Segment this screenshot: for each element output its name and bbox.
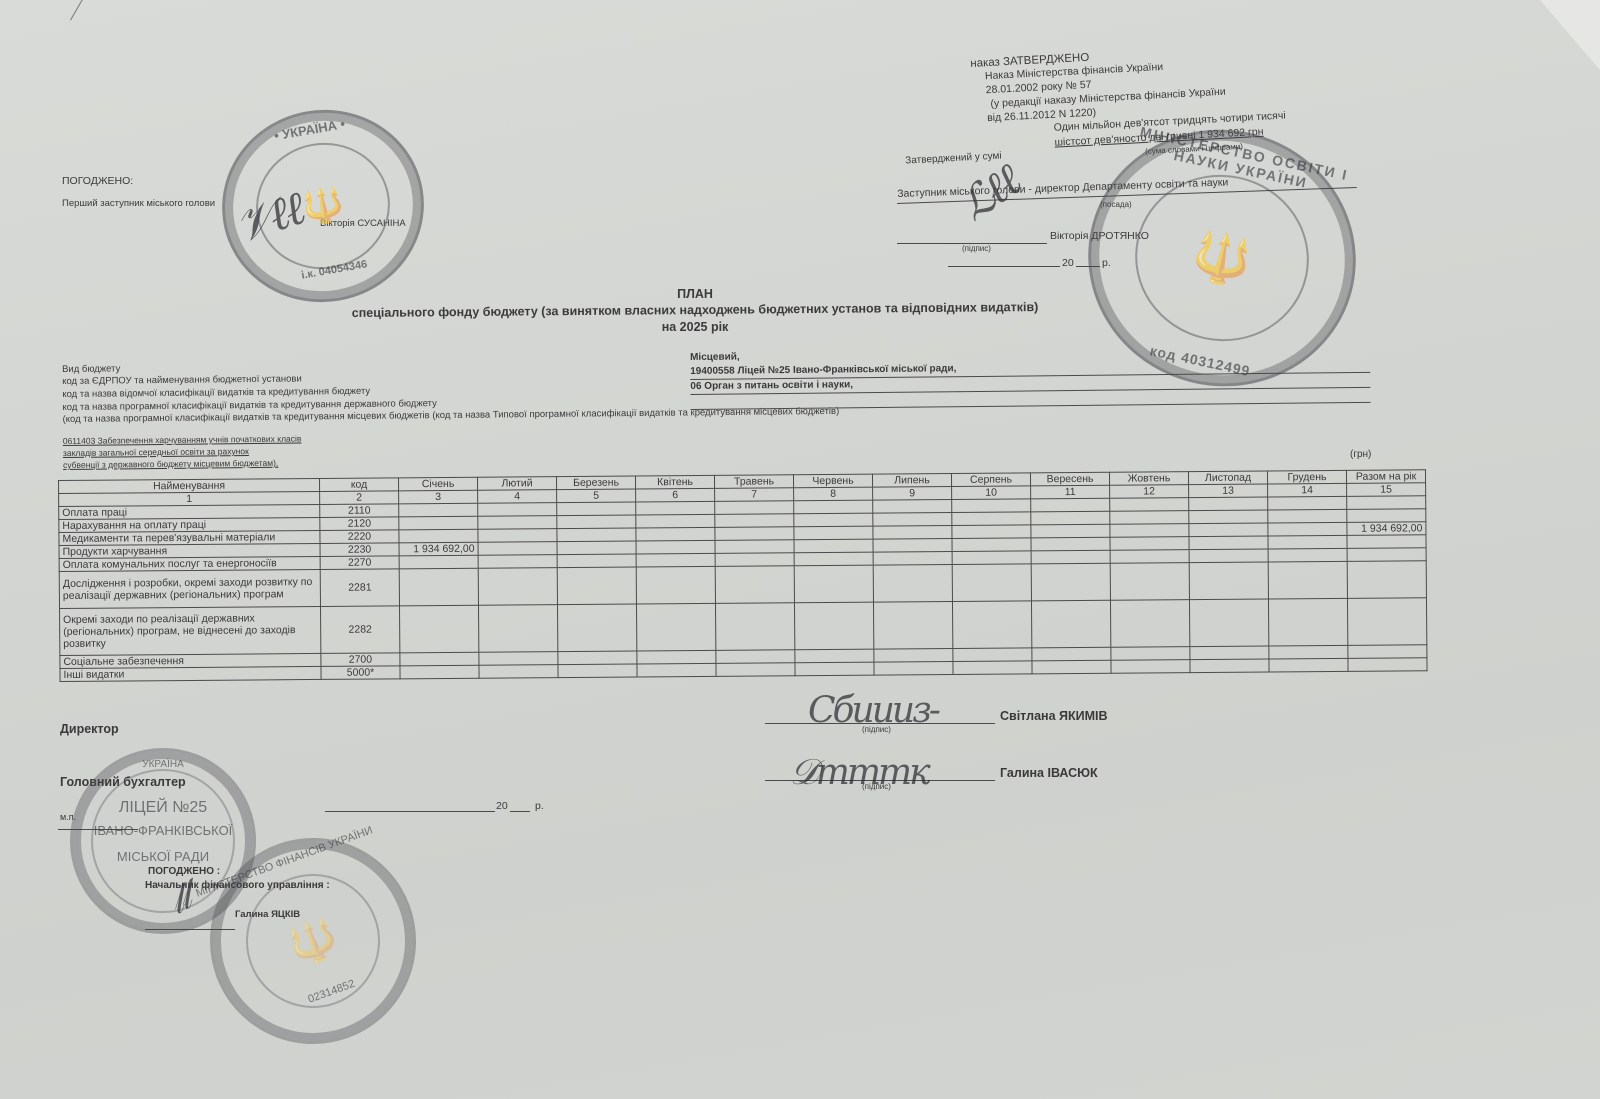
stamp-text: ЛІЦЕЙ №25 (119, 799, 207, 817)
cell-month (558, 664, 637, 678)
cell-month (952, 499, 1031, 513)
trident-icon: 🔱 (299, 183, 348, 230)
cell-month (874, 648, 953, 662)
program-line-3: субвенції з державного бюджету місцевим … (63, 458, 278, 470)
row-name: Дослідження і розробки, окремі заходи ро… (59, 569, 320, 608)
cell-month (1190, 646, 1269, 660)
cell-month (1189, 523, 1268, 537)
accountant-name: Галина ІВАСЮК (1000, 766, 1098, 780)
stamp-text: МІСЬКОЇ РАДИ (117, 849, 209, 864)
cell-month (636, 566, 715, 604)
cell-month (478, 529, 557, 543)
cell-month (952, 538, 1031, 552)
cell-month (1031, 511, 1110, 525)
cell-month (636, 553, 715, 567)
cell-month (636, 501, 715, 515)
cell-month (1189, 497, 1268, 511)
cell-month (557, 604, 636, 652)
row-code: 2220 (320, 530, 399, 544)
cell-month (873, 551, 952, 565)
approver-signature: ℒℓℓ (951, 156, 1029, 232)
cell-month (557, 502, 636, 516)
row-code: 2230 (320, 543, 399, 557)
label-budget-type: Вид бюджету (62, 363, 120, 375)
cell-month (1268, 548, 1347, 562)
cell-month (478, 516, 557, 530)
cell-january (400, 652, 479, 666)
cell-month (1031, 537, 1110, 551)
cell-year-total (1347, 535, 1426, 549)
cell-january (399, 503, 478, 517)
column-header: Разом на рік (1346, 470, 1425, 484)
director-label: Директор (60, 722, 119, 736)
approval-date-year: 20 (1062, 257, 1074, 269)
row-code: 2700 (321, 653, 400, 667)
cell-month (478, 555, 557, 569)
stamp-text: ІВАНО-ФРАНКІВСЬКОЇ (94, 823, 233, 838)
cell-month (952, 564, 1031, 602)
date-suffix: р. (535, 800, 544, 812)
finance-signer: Галина ЯЦКІВ (235, 909, 300, 920)
cell-year-total (1347, 509, 1426, 523)
cell-year-total: 1 934 692,00 (1347, 522, 1426, 536)
date-year-line (510, 811, 530, 812)
cell-month (1268, 561, 1347, 599)
cell-month (715, 553, 794, 567)
column-header: код (319, 478, 398, 492)
cell-month (716, 663, 795, 677)
column-header: Квітень (635, 475, 714, 489)
cell-month (478, 568, 557, 606)
cell-month (794, 500, 873, 514)
cell-month (1110, 524, 1189, 538)
plan-year: на 2025 рік (0, 320, 1390, 334)
cell-month (794, 602, 873, 650)
cell-month (636, 527, 715, 541)
row-code: 5000* (321, 666, 400, 680)
page-corner (1540, 0, 1600, 70)
column-header: Січень (398, 477, 477, 491)
cell-january (399, 516, 478, 530)
row-code: 2120 (320, 517, 399, 531)
director-signature: Сбиииз- (808, 690, 938, 731)
cell-month (953, 661, 1032, 675)
cell-year-total (1347, 598, 1426, 646)
currency-label: (грн) (1350, 449, 1371, 460)
column-number: 12 (1110, 485, 1189, 499)
finance-agreed-heading: ПОГОДЖЕНО : (148, 866, 220, 877)
row-name: Інші видатки (60, 666, 321, 681)
cell-january (399, 605, 478, 653)
cell-month (794, 552, 873, 566)
cell-month (1110, 563, 1189, 601)
cell-january: 1 934 692,00 (399, 542, 478, 556)
cell-month (952, 525, 1031, 539)
cell-january (399, 555, 478, 569)
cell-month (715, 501, 794, 515)
cell-month (952, 551, 1031, 565)
cell-month (1032, 647, 1111, 661)
cell-month (479, 652, 558, 666)
cell-month (1189, 510, 1268, 524)
cell-month (1268, 598, 1347, 646)
row-code: 2282 (321, 606, 400, 654)
cell-month (557, 554, 636, 568)
cell-year-total (1347, 496, 1426, 510)
cell-year-total (1347, 561, 1426, 599)
label-institution: код за ЄДРПОУ та найменування бюджетної … (62, 373, 302, 387)
cell-month (1111, 647, 1190, 661)
approver-signature-hint: (підпис) (962, 244, 991, 253)
cell-month (1032, 660, 1111, 674)
cell-month (1268, 509, 1347, 523)
column-header: Червень (793, 474, 872, 488)
cell-month (557, 515, 636, 529)
cell-month (952, 601, 1031, 649)
cell-january (399, 568, 478, 606)
cell-month (1189, 599, 1268, 647)
column-header: Вересень (1030, 472, 1109, 486)
column-header: Травень (714, 475, 793, 489)
cell-month (873, 525, 952, 539)
cell-month (873, 538, 952, 552)
cell-month (1031, 524, 1110, 538)
stamp-text: УКРАЇНА (142, 759, 184, 770)
column-header: Листопад (1188, 471, 1267, 485)
cell-month (794, 565, 873, 603)
cell-month (479, 665, 558, 679)
cell-month (952, 512, 1031, 526)
cell-month (1268, 535, 1347, 549)
cell-month (794, 513, 873, 527)
cell-month (1189, 536, 1268, 550)
column-header: Серпень (951, 473, 1030, 487)
cell-month (478, 605, 557, 653)
cell-month (1268, 522, 1347, 536)
approval-date-line (948, 266, 1060, 267)
cell-year-total (1348, 658, 1427, 672)
cell-month (795, 649, 874, 663)
cell-month (478, 542, 557, 556)
column-number: 14 (1268, 483, 1347, 497)
date-line (325, 811, 495, 812)
cell-month (715, 540, 794, 554)
stamp-executive-committee: • УКРАЇНА • і.к. 04054346 🔱 (207, 94, 439, 318)
cell-month (1110, 600, 1189, 648)
program-line-1: 0611403 Забезпечення харчуванням учнів п… (63, 433, 302, 445)
agreed-heading: ПОГОДЖЕНО: (62, 175, 133, 187)
column-number: 9 (873, 486, 952, 500)
cell-month (1031, 550, 1110, 564)
column-number: 6 (636, 488, 715, 502)
cell-month (1031, 498, 1110, 512)
cell-month (558, 651, 637, 665)
column-number: 3 (399, 490, 478, 504)
column-number: 13 (1189, 484, 1268, 498)
plan-table: НайменуваннякодСіченьЛютийБерезеньКвітен… (58, 469, 1428, 682)
cell-month (874, 661, 953, 675)
cell-month (636, 514, 715, 528)
column-number: 10 (952, 486, 1031, 500)
cell-month (715, 566, 794, 604)
row-code: 2270 (320, 556, 399, 570)
date-year: 20 (496, 800, 508, 812)
agreed-position: Перший заступник міського голови (62, 198, 215, 209)
column-header: Липень (872, 473, 951, 487)
column-number: 4 (478, 490, 557, 504)
label-department-code: код та назва відомчої класифікації видат… (62, 386, 370, 400)
cell-year-total (1347, 548, 1426, 562)
document-page: наказ ЗАТВЕРДЖЕНО Наказ Міністерства фін… (0, 0, 1600, 1099)
cell-month (873, 512, 952, 526)
row-code: 2281 (320, 569, 399, 607)
stamp-education-department: МІНІСТЕРСТВО ОСВІТИ І НАУКИ УКРАЇНИ код … (1064, 105, 1379, 411)
cell-month (873, 499, 952, 513)
cell-month (715, 527, 794, 541)
column-header: Березень (556, 476, 635, 490)
column-number: 2 (320, 491, 399, 505)
cell-month (716, 650, 795, 664)
row-code: 2110 (320, 504, 399, 518)
value-institution: 19400558 Ліцей №25 Івано-Франківської мі… (690, 363, 956, 377)
cell-month (557, 528, 636, 542)
cell-month (1110, 511, 1189, 525)
cell-month (873, 601, 952, 649)
cell-month (715, 603, 794, 651)
column-number: 8 (794, 487, 873, 501)
finance-signature-line (145, 929, 235, 930)
cell-month (794, 539, 873, 553)
cell-year-total (1348, 645, 1427, 659)
cell-month (637, 650, 716, 664)
cell-month (1031, 563, 1110, 601)
cell-month (1110, 550, 1189, 564)
cell-month (557, 541, 636, 555)
cell-month (1111, 660, 1190, 674)
cell-january (400, 665, 479, 679)
column-header: Жовтень (1109, 472, 1188, 486)
column-number: 5 (557, 489, 636, 503)
column-number: 7 (715, 488, 794, 502)
cell-month (478, 503, 557, 517)
pen-mark (70, 0, 111, 20)
value-budget-type: Місцевий, (690, 351, 740, 363)
column-header: Грудень (1267, 470, 1346, 484)
column-number: 15 (1347, 483, 1426, 497)
accountant-signature: 𝒟тттк (790, 752, 928, 794)
cell-month (1031, 600, 1110, 648)
cell-month (794, 526, 873, 540)
cell-month (1269, 658, 1348, 672)
cell-month (1110, 498, 1189, 512)
cell-month (873, 564, 952, 602)
column-header: Лютий (477, 477, 556, 491)
column-number: 11 (1031, 485, 1110, 499)
stamp-text: • УКРАЇНА • (273, 116, 346, 143)
cell-month (1189, 562, 1268, 600)
row-name: Окремі заходи по реалізації державних (р… (60, 606, 321, 655)
cell-month (636, 540, 715, 554)
cell-month (1268, 496, 1347, 510)
cell-month (637, 663, 716, 677)
cell-month (1190, 659, 1269, 673)
cell-month (715, 514, 794, 528)
cell-january (399, 529, 478, 543)
cell-month (636, 603, 715, 651)
value-department: 06 Орган з питань освіти і науки, (690, 379, 853, 392)
director-name: Світлана ЯКИМІВ (1000, 709, 1108, 723)
program-line-2: закладів загальної середньої освіти за р… (63, 446, 249, 458)
cell-month (795, 662, 874, 676)
cell-month (1110, 537, 1189, 551)
cell-month (953, 648, 1032, 662)
cell-month (1189, 549, 1268, 563)
cell-month (557, 567, 636, 605)
trident-icon: 🔱 (1187, 224, 1257, 292)
cell-month (1269, 645, 1348, 659)
